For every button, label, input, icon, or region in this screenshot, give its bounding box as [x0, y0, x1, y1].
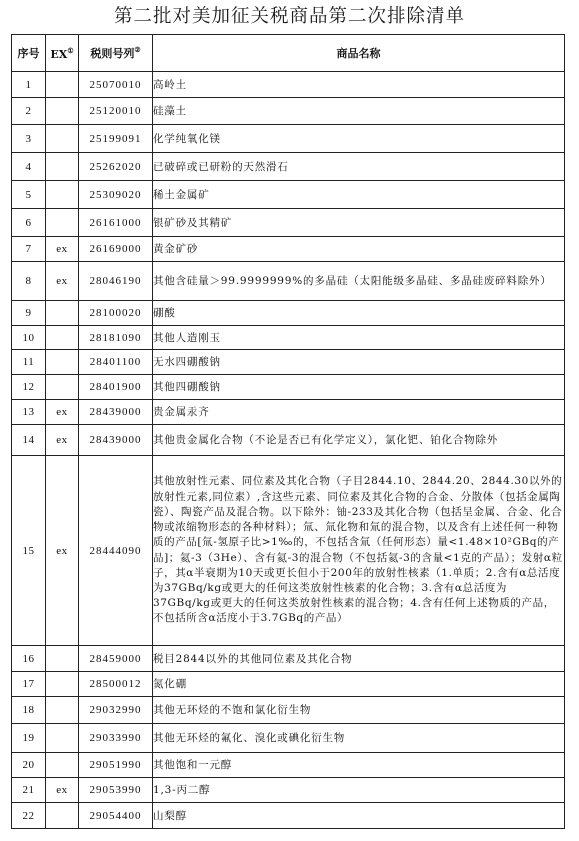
ex-flag — [46, 153, 79, 181]
table-row: 1028181090其他人造刚玉 — [12, 326, 565, 350]
tariff-code: 25120010 — [79, 98, 153, 125]
table-row: 1728500012氮化硼 — [12, 672, 565, 697]
tariff-code: 26169000 — [79, 237, 153, 262]
row-number: 7 — [12, 237, 46, 262]
ex-flag — [46, 697, 79, 724]
row-number: 3 — [12, 125, 46, 153]
row-number: 16 — [12, 646, 46, 672]
row-number: 21 — [12, 778, 46, 803]
row-number: 1 — [12, 72, 46, 98]
table-row: 928100020硼酸 — [12, 301, 565, 326]
tariff-code: 29054400 — [79, 803, 153, 829]
table-row: 2229054400山梨醇 — [12, 803, 565, 829]
table-row: 525309020稀土金属矿 — [12, 181, 565, 209]
tariff-code: 28500012 — [79, 672, 153, 697]
tariff-code: 28439000 — [79, 425, 153, 456]
ex-flag — [46, 803, 79, 829]
ex-flag: ex — [46, 425, 79, 456]
table-row: 15ex28444090其他放射性元素、同位素及其化合物（子目2844.10、2… — [12, 456, 565, 646]
row-number: 9 — [12, 301, 46, 326]
tariff-code: 28046190 — [79, 262, 153, 301]
product-name: 已破碎或已研粉的天然滑石 — [153, 153, 565, 181]
product-name: 其他贵金属化合物（不论是否已有化学定义），氯化钯、铂化合物除外 — [153, 425, 565, 456]
ex-flag: ex — [46, 237, 79, 262]
table-row: 1628459000税目2844以外的其他同位素及其化合物 — [12, 646, 565, 672]
header-name: 商品名称 — [153, 35, 565, 72]
ex-flag — [46, 646, 79, 672]
ex-flag — [46, 72, 79, 98]
ex-flag — [46, 181, 79, 209]
row-number: 10 — [12, 326, 46, 350]
table-row: 325199091化学纯氧化镁 — [12, 125, 565, 153]
product-name: 其他人造刚玉 — [153, 326, 565, 350]
tariff-code: 28444090 — [79, 456, 153, 646]
header-no-label: 序号 — [18, 47, 40, 60]
header-no: 序号 — [12, 35, 46, 72]
product-name: 黄金矿砂 — [153, 237, 565, 262]
ex-flag — [46, 98, 79, 125]
table-row: 225120010硅藻土 — [12, 98, 565, 125]
product-name: 稀土金属矿 — [153, 181, 565, 209]
tariff-code: 29051990 — [79, 753, 153, 778]
row-number: 6 — [12, 209, 46, 237]
row-number: 12 — [12, 375, 46, 400]
product-name: 化学纯氧化镁 — [153, 125, 565, 153]
tariff-code: 28401900 — [79, 375, 153, 400]
product-name: 硼酸 — [153, 301, 565, 326]
table-row: 13ex28439000贵金属汞齐 — [12, 400, 565, 425]
header-name-label: 商品名称 — [337, 47, 381, 60]
product-name: 其他无环烃的不饱和氯化衍生物 — [153, 697, 565, 724]
tariff-code: 29053990 — [79, 778, 153, 803]
ex-flag — [46, 753, 79, 778]
tariff-code: 25199091 — [79, 125, 153, 153]
table-row: 14ex28439000其他贵金属化合物（不论是否已有化学定义），氯化钯、铂化合… — [12, 425, 565, 456]
table-row: 2029051990其他饱和一元醇 — [12, 753, 565, 778]
row-number: 2 — [12, 98, 46, 125]
tariff-code: 26161000 — [79, 209, 153, 237]
ex-flag: ex — [46, 262, 79, 301]
row-number: 22 — [12, 803, 46, 829]
product-name: 山梨醇 — [153, 803, 565, 829]
ex-flag — [46, 672, 79, 697]
row-number: 5 — [12, 181, 46, 209]
ex-flag — [46, 724, 79, 753]
row-number: 17 — [12, 672, 46, 697]
ex-flag: ex — [46, 778, 79, 803]
exclusion-list-table: 序号 EX① 税则号列② 商品名称 125070010高岭土225120010硅… — [11, 34, 565, 829]
header-ex: EX① — [46, 35, 79, 72]
tariff-code: 28401100 — [79, 350, 153, 375]
product-name: 氮化硼 — [153, 672, 565, 697]
table-body: 125070010高岭土225120010硅藻土325199091化学纯氧化镁4… — [12, 72, 565, 829]
product-name: 高岭土 — [153, 72, 565, 98]
table-row: 8ex28046190其他含硅量＞99.9999999%的多晶硅（太阳能级多晶硅… — [12, 262, 565, 301]
row-number: 13 — [12, 400, 46, 425]
tariff-code: 25309020 — [79, 181, 153, 209]
row-number: 15 — [12, 456, 46, 646]
row-number: 20 — [12, 753, 46, 778]
tariff-code: 29033990 — [79, 724, 153, 753]
ex-flag: ex — [46, 400, 79, 425]
tariff-code: 28100020 — [79, 301, 153, 326]
row-number: 8 — [12, 262, 46, 301]
ex-flag — [46, 326, 79, 350]
table-row: 21ex290539901,3-丙二醇 — [12, 778, 565, 803]
product-name: 其他四硼酸钠 — [153, 375, 565, 400]
footnote-marker-1: ① — [67, 46, 73, 55]
product-name: 其他含硅量＞99.9999999%的多晶硅（太阳能级多晶硅、多晶硅废碎料除外） — [153, 262, 565, 301]
ex-flag — [46, 350, 79, 375]
page-title: 第二批对美加征关税商品第二次排除清单 — [0, 6, 579, 28]
header-ex-label: EX — [50, 48, 67, 61]
tariff-code: 28439000 — [79, 400, 153, 425]
row-number: 4 — [12, 153, 46, 181]
table-row: 626161000银矿砂及其精矿 — [12, 209, 565, 237]
tariff-code: 25070010 — [79, 72, 153, 98]
tariff-code: 28181090 — [79, 326, 153, 350]
product-name: 税目2844以外的其他同位素及其化合物 — [153, 646, 565, 672]
table-row: 1929033990其他无环烃的氟化、溴化或碘化衍生物 — [12, 724, 565, 753]
product-name: 贵金属汞齐 — [153, 400, 565, 425]
ex-flag — [46, 375, 79, 400]
ex-flag — [46, 125, 79, 153]
product-name: 无水四硼酸钠 — [153, 350, 565, 375]
product-name: 其他无环烃的氟化、溴化或碘化衍生物 — [153, 724, 565, 753]
row-number: 11 — [12, 350, 46, 375]
table-row: 425262020已破碎或已研粉的天然滑石 — [12, 153, 565, 181]
tariff-code: 25262020 — [79, 153, 153, 181]
row-number: 14 — [12, 425, 46, 456]
table-row: 125070010高岭土 — [12, 72, 565, 98]
product-name: 1,3-丙二醇 — [153, 778, 565, 803]
table-row: 7ex26169000黄金矿砂 — [12, 237, 565, 262]
header-code-label: 税则号列 — [90, 47, 134, 60]
row-number: 19 — [12, 724, 46, 753]
row-number: 18 — [12, 697, 46, 724]
table-row: 1829032990其他无环烃的不饱和氯化衍生物 — [12, 697, 565, 724]
ex-flag — [46, 209, 79, 237]
product-name: 硅藻土 — [153, 98, 565, 125]
table-row: 1128401100无水四硼酸钠 — [12, 350, 565, 375]
ex-flag — [46, 301, 79, 326]
product-name: 其他饱和一元醇 — [153, 753, 565, 778]
footnote-marker-2: ② — [134, 45, 140, 54]
tariff-code: 29032990 — [79, 697, 153, 724]
ex-flag: ex — [46, 456, 79, 646]
tariff-code: 28459000 — [79, 646, 153, 672]
header-code: 税则号列② — [79, 35, 153, 72]
product-name: 其他放射性元素、同位素及其化合物（子目2844.10、2844.20、2844.… — [153, 456, 565, 646]
product-name: 银矿砂及其精矿 — [153, 209, 565, 237]
table-header-row: 序号 EX① 税则号列② 商品名称 — [12, 35, 565, 72]
table-row: 1228401900其他四硼酸钠 — [12, 375, 565, 400]
